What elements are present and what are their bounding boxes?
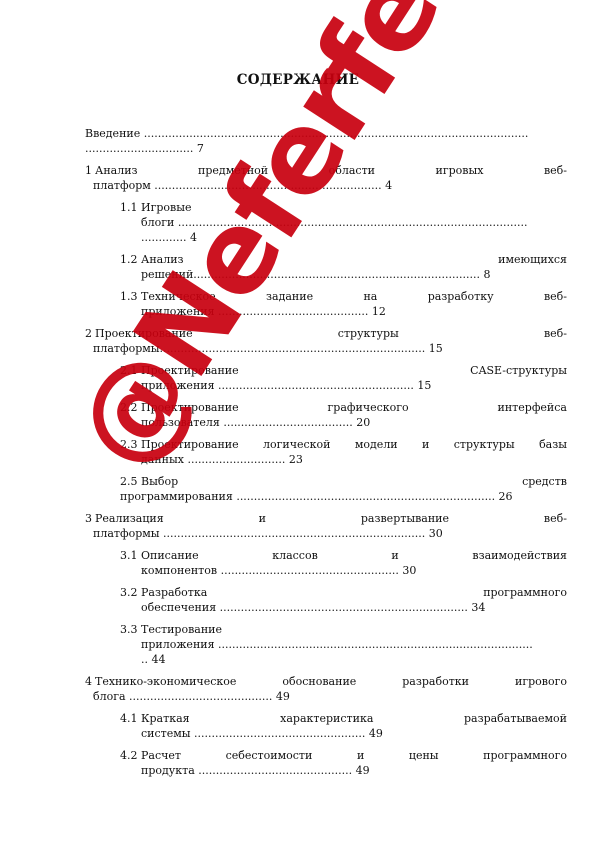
toc-text: ............................... 7 (85, 141, 567, 156)
toc-entry[interactable]: 3.3Тестированиеприложения ..............… (85, 622, 567, 667)
toc-line: блоги ..................................… (85, 215, 567, 230)
toc-number: 3 (85, 511, 92, 526)
toc-number: 1.1 (120, 200, 138, 215)
toc-entry[interactable]: 2.1ПроектированиеCASE-структурыприложени… (85, 363, 567, 393)
toc-line: .. 44 (85, 652, 567, 667)
toc-number: 3.3 (120, 622, 138, 637)
toc-line: платформ ...............................… (85, 178, 567, 193)
toc-line: платформы...............................… (85, 341, 567, 356)
toc-text: Описаниеклассовивзаимодействия (141, 548, 567, 563)
toc-text: приложения .............................… (141, 378, 567, 393)
toc-line: приложения .............................… (85, 637, 567, 652)
toc-text: Тестирование (141, 622, 567, 637)
toc-text: Техническоезаданиенаразработкувеб- (141, 289, 567, 304)
toc-line: пользователя ...........................… (85, 415, 567, 430)
toc-text: ............. 4 (141, 230, 567, 245)
toc-line: 2.5Выборсредств (85, 474, 567, 489)
toc-text: программирования .......................… (120, 489, 567, 504)
toc-entry[interactable]: 4.2Расчетсебестоимостииценыпрограммногоп… (85, 748, 567, 778)
toc-text: Игровые (141, 200, 567, 215)
toc-text: пользователя ...........................… (141, 415, 567, 430)
toc-line: системы ................................… (85, 726, 567, 741)
toc-line: Введение ...............................… (85, 126, 567, 141)
toc-entry[interactable]: 1.3Техническоезаданиенаразработкувеб-при… (85, 289, 567, 319)
toc-line: 2.2Проектированиеграфическогоинтерфейса (85, 400, 567, 415)
toc-line: 3.1Описаниеклассовивзаимодействия (85, 548, 567, 563)
toc-line: 2.1ПроектированиеCASE-структуры (85, 363, 567, 378)
toc-line: 4Технико-экономическоеобоснованиеразрабо… (85, 674, 567, 689)
toc-text: Реализацияиразвертываниевеб- (95, 511, 567, 526)
toc-line: ............. 4 (85, 230, 567, 245)
toc-number: 4.2 (120, 748, 138, 763)
toc-entry[interactable]: 3.2Разработкапрограммногообеспечения ...… (85, 585, 567, 615)
toc-text: Расчетсебестоимостииценыпрограммного (141, 748, 567, 763)
toc-entry[interactable]: 1.1Игровыеблоги ........................… (85, 200, 567, 245)
toc-line: 1.3Техническоезаданиенаразработкувеб- (85, 289, 567, 304)
toc-entry[interactable]: 2.3Проектированиелогическоймоделииструкт… (85, 437, 567, 467)
toc-entry[interactable]: 2.5Выборсредствпрограммирования ........… (85, 474, 567, 504)
toc-number: 1.3 (120, 289, 138, 304)
toc-number: 4.1 (120, 711, 138, 726)
toc-line: 4.2Расчетсебестоимостииценыпрограммного (85, 748, 567, 763)
toc-line: 4.1Краткаяхарактеристикаразрабатываемой (85, 711, 567, 726)
toc-number: 2.3 (120, 437, 138, 452)
document-page: СОДЕРЖАНИЕ Введение ....................… (0, 0, 596, 842)
toc-number: 4 (85, 674, 92, 689)
toc-entry[interactable]: 4Технико-экономическоеобоснованиеразрабо… (85, 674, 567, 704)
toc-line: 3.2Разработкапрограммного (85, 585, 567, 600)
toc-text: Проектированиелогическоймоделииструктуры… (141, 437, 567, 452)
toc-text: блога ..................................… (93, 689, 567, 704)
toc-entry[interactable]: 1Анализпредметнойобластиигровыхвеб-платф… (85, 163, 567, 193)
toc-text: ПроектированиеCASE-структуры (141, 363, 567, 378)
toc-number: 3.1 (120, 548, 138, 563)
toc-text: платформы...............................… (93, 341, 567, 356)
toc-number: 2.2 (120, 400, 138, 415)
toc-line: приложения .............................… (85, 378, 567, 393)
toc-line: 2.3Проектированиелогическоймоделииструкт… (85, 437, 567, 452)
toc-line: обеспечения ............................… (85, 600, 567, 615)
toc-entry[interactable]: 4.1Краткаяхарактеристикаразрабатываемойс… (85, 711, 567, 741)
toc-text: Краткаяхарактеристикаразрабатываемой (141, 711, 567, 726)
toc-text: компонентов ............................… (141, 563, 567, 578)
toc-line: ............................... 7 (85, 141, 567, 156)
toc-text: Выборсредств (141, 474, 567, 489)
toc-entry[interactable]: 2Проектированиеструктурывеб-платформы...… (85, 326, 567, 356)
toc-text: Разработкапрограммного (141, 585, 567, 600)
toc-line: 1Анализпредметнойобластиигровыхвеб- (85, 163, 567, 178)
toc-line: 3Реализацияиразвертываниевеб- (85, 511, 567, 526)
toc-text: Анализимеющихся (141, 252, 567, 267)
toc-entry[interactable]: 3.1Описаниеклассовивзаимодействиякомпоне… (85, 548, 567, 578)
toc-number: 1 (85, 163, 92, 178)
toc-text: обеспечения ............................… (141, 600, 567, 615)
toc-number: 2.5 (120, 474, 138, 489)
toc-line: 2Проектированиеструктурывеб- (85, 326, 567, 341)
toc-text: .. 44 (141, 652, 567, 667)
toc-line: 1.1Игровые (85, 200, 567, 215)
toc-number: 2.1 (120, 363, 138, 378)
toc-number: 2 (85, 326, 92, 341)
page-title: СОДЕРЖАНИЕ (90, 72, 596, 88)
toc-text: платформ ...............................… (93, 178, 567, 193)
toc-line: данных ............................ 23 (85, 452, 567, 467)
toc-text: системы ................................… (141, 726, 567, 741)
toc-text: блоги ..................................… (141, 215, 567, 230)
toc-entry[interactable]: 2.2Проектированиеграфическогоинтерфейсап… (85, 400, 567, 430)
toc-line: 3.3Тестирование (85, 622, 567, 637)
toc-entry[interactable]: Введение ...............................… (85, 126, 567, 156)
table-of-contents: Введение ...............................… (85, 126, 567, 785)
toc-number: 3.2 (120, 585, 138, 600)
toc-text: решений.................................… (141, 267, 567, 282)
toc-line: продукта ...............................… (85, 763, 567, 778)
toc-text: данных ............................ 23 (141, 452, 567, 467)
toc-line: решений.................................… (85, 267, 567, 282)
toc-line: компонентов ............................… (85, 563, 567, 578)
toc-entry[interactable]: 1.2Анализимеющихсярешений...............… (85, 252, 567, 282)
toc-text: приложения .............................… (141, 637, 567, 652)
toc-line: 1.2Анализимеющихся (85, 252, 567, 267)
toc-text: Введение ...............................… (85, 126, 567, 141)
toc-text: Проектированиеструктурывеб- (95, 326, 567, 341)
toc-text: продукта ...............................… (141, 763, 567, 778)
toc-text: Проектированиеграфическогоинтерфейса (141, 400, 567, 415)
toc-entry[interactable]: 3Реализацияиразвертываниевеб-платформы .… (85, 511, 567, 541)
toc-text: Технико-экономическоеобоснованиеразработ… (95, 674, 567, 689)
toc-line: приложения .............................… (85, 304, 567, 319)
toc-number: 1.2 (120, 252, 138, 267)
toc-text: Анализпредметнойобластиигровыхвеб- (95, 163, 567, 178)
toc-line: программирования .......................… (85, 489, 567, 504)
toc-text: приложения .............................… (141, 304, 567, 319)
toc-line: блога ..................................… (85, 689, 567, 704)
toc-line: платформы ..............................… (85, 526, 567, 541)
toc-text: платформы ..............................… (93, 526, 567, 541)
